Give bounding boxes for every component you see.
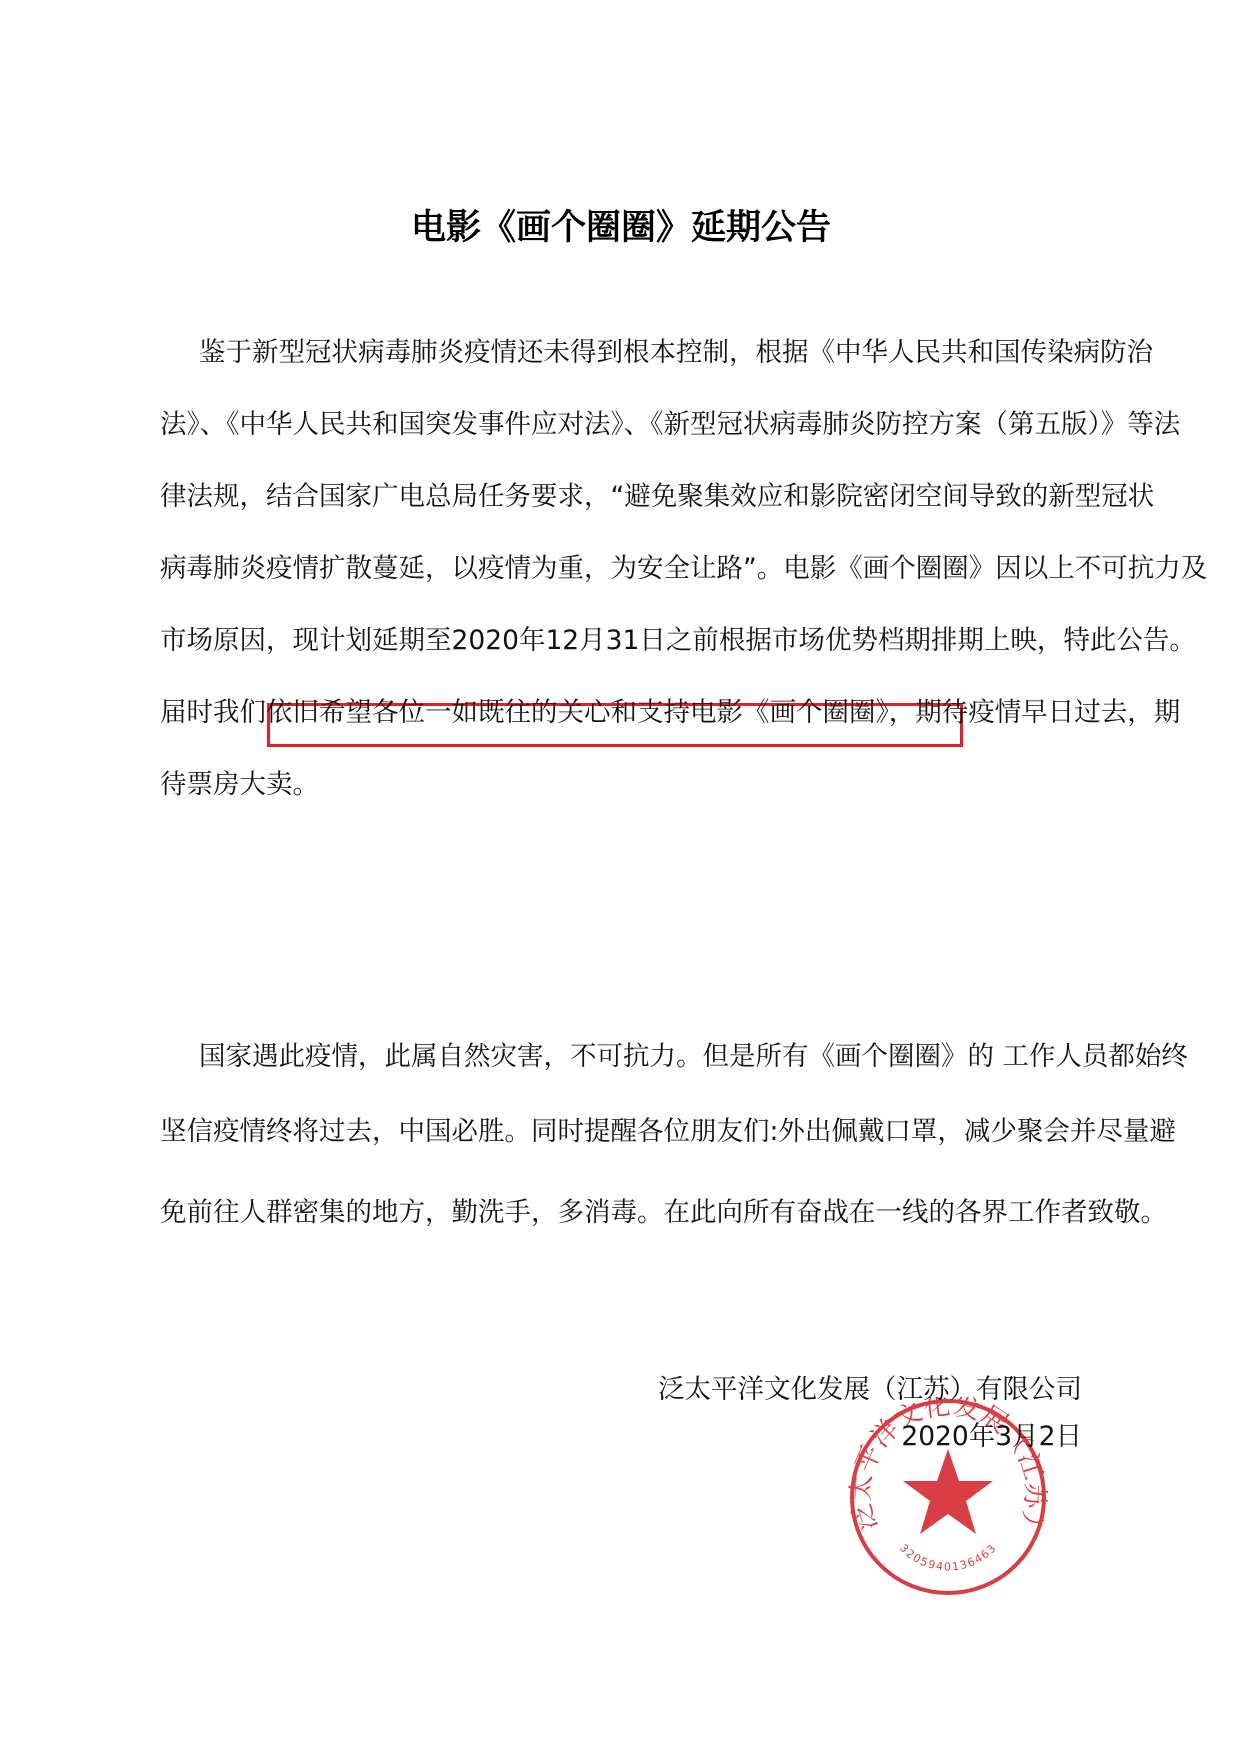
announcement-page: 电影《画个圈圈》延期公告 鉴于新型冠状病毒肺炎疫情还未得到根本控制，根据《中华人… — [0, 0, 1242, 1755]
paragraph2-line3: 免前往人群密集的地方，勤洗手，多消毒。在此向所有奋战在一线的各界工作者致敬。 — [160, 1193, 1167, 1233]
line5-suffix: ，特此公告。 — [1037, 625, 1196, 656]
paragraph1-line3: 律法规，结合国家广电总局任务要求，“避免聚集效应和影院密闭空间导致的新型冠状 — [160, 477, 1154, 517]
paragraph2-line1: 国家遇此疫情，此属自然灾害，不可抗力。但是所有《画个圈圈》的 工作人员都始终 — [199, 1037, 1188, 1077]
highlighted-release-plan: 现计划延期至2020年12月31日之前根据市场优势档期排期上映 — [293, 625, 1037, 656]
company-signature: 泛太平洋文化发展（江苏）有限公司 — [658, 1370, 1082, 1410]
paragraph2-line2: 坚信疫情终将过去，中国必胜。同时提醒各位朋友们:外出佩戴口罩，减少聚会并尽量避 — [160, 1112, 1176, 1152]
paragraph1-line7: 待票房大卖。 — [160, 765, 319, 805]
star-icon — [903, 1449, 993, 1534]
signature-date: 2020年3月2日 — [901, 1417, 1082, 1457]
paragraph1-line4: 病毒肺炎疫情扩散蔓延，以疫情为重，为安全让路”。电影《画个圈圈》因以上不可抗力及 — [160, 549, 1207, 589]
line5-prefix: 市场原因， — [160, 625, 293, 656]
seal-code: 3205940136463 — [897, 1541, 999, 1573]
paragraph1-line5: 市场原因，现计划延期至2020年12月31日之前根据市场优势档期排期上映，特此公… — [160, 621, 1196, 661]
paragraph1-line6: 届时我们依旧希望各位一如既往的关心和支持电影《画个圈圈》，期待疫情早日过去，期 — [160, 693, 1180, 733]
paragraph1-line1: 鉴于新型冠状病毒肺炎疫情还未得到根本控制，根据《中华人民共和国传染病防治 — [199, 333, 1153, 373]
paragraph1-line2: 法》、《中华人民共和国突发事件应对法》、《新型冠状病毒肺炎防控方案（第五版）》等… — [160, 405, 1180, 445]
document-title: 电影《画个圈圈》延期公告 — [0, 198, 1242, 258]
